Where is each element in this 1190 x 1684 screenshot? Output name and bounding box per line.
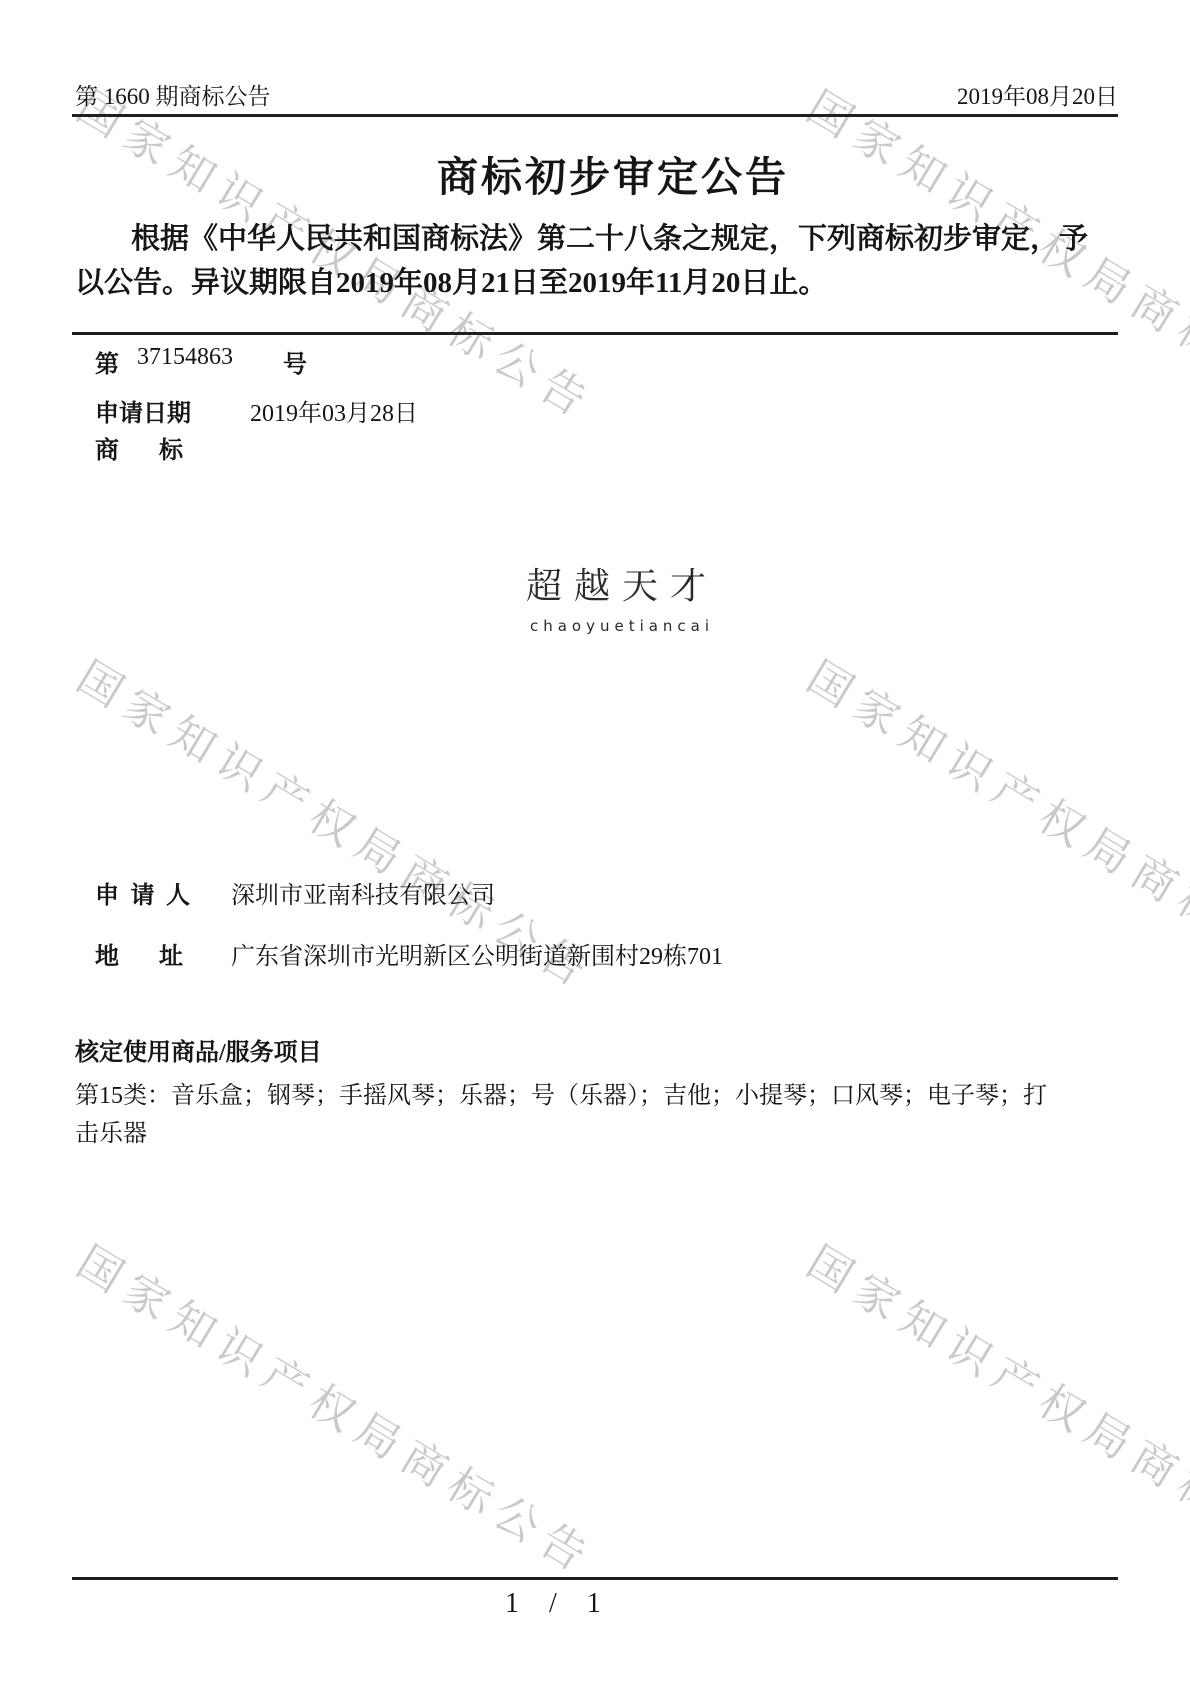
gazette-issue-label: 第 1660 期商标公告 — [75, 78, 271, 111]
application-number-row: 第 37154863 号 — [95, 344, 119, 374]
number-suffix-label: 号 — [283, 344, 307, 379]
trademark-image: 超越天才 chaoyuetiancai — [27, 558, 1190, 635]
current-page: 1 — [505, 1588, 519, 1620]
goods-services-heading: 核定使用商品/服务项目 — [75, 1032, 322, 1067]
gazette-page: 国家知识产权局商标公告 国家知识产权局商标公告 国家知识产权局商标公告 国家知识… — [0, 0, 1190, 1684]
trademark-label-row: 商标 — [95, 430, 183, 460]
application-date-value: 2019年03月28日 — [250, 393, 418, 428]
header-divider — [72, 114, 1118, 117]
applicant-row: 申请人 深圳市亚南科技有限公司 — [95, 875, 190, 905]
trademark-label: 商标 — [95, 430, 183, 465]
page-separator: / — [549, 1588, 557, 1620]
watermark-text: 国家知识产权局商标公告 — [67, 1227, 609, 1588]
address-value: 广东省深圳市光明新区公明街道新围村29栋701 — [231, 936, 723, 971]
address-row: 地址 广东省深圳市光明新区公明街道新围村29栋701 — [95, 936, 183, 966]
intro-paragraph-line: 根据《中华人民共和国商标法》第二十八条之规定，下列商标初步审定，予 — [75, 222, 1121, 256]
application-number: 37154863 — [137, 344, 233, 371]
trademark-chinese-text: 超越天才 — [27, 558, 1190, 609]
section-divider — [72, 332, 1118, 335]
gazette-date: 2019年08月20日 — [957, 78, 1118, 111]
number-prefix-label: 第 — [95, 352, 119, 378]
page-number: 1 / 1 — [505, 1588, 601, 1620]
address-label: 地址 — [95, 936, 183, 971]
application-date-row: 申请日期 2019年03月28日 — [95, 393, 190, 423]
application-date-label: 申请日期 — [95, 393, 190, 428]
goods-services-line: 第15类：音乐盒；钢琴；手摇风琴；乐器；号（乐器）；吉他；小提琴；口风琴；电子琴… — [75, 1080, 1047, 1112]
applicant-value: 深圳市亚南科技有限公司 — [231, 875, 495, 910]
trademark-pinyin-text: chaoyuetiancai — [27, 617, 1190, 635]
intro-paragraph-line: 以公告。异议期限自2019年08月21日至2019年11月20日止。 — [75, 266, 1121, 300]
goods-services-line: 击乐器 — [75, 1118, 147, 1150]
watermark-text: 国家知识产权局商标公告 — [797, 642, 1190, 1003]
page-title: 商标初步审定公告 — [437, 144, 789, 203]
footer-divider — [72, 1577, 1118, 1580]
watermark-text: 国家知识产权局商标公告 — [797, 1227, 1190, 1588]
applicant-label: 申请人 — [95, 875, 190, 910]
total-pages: 1 — [587, 1588, 601, 1620]
